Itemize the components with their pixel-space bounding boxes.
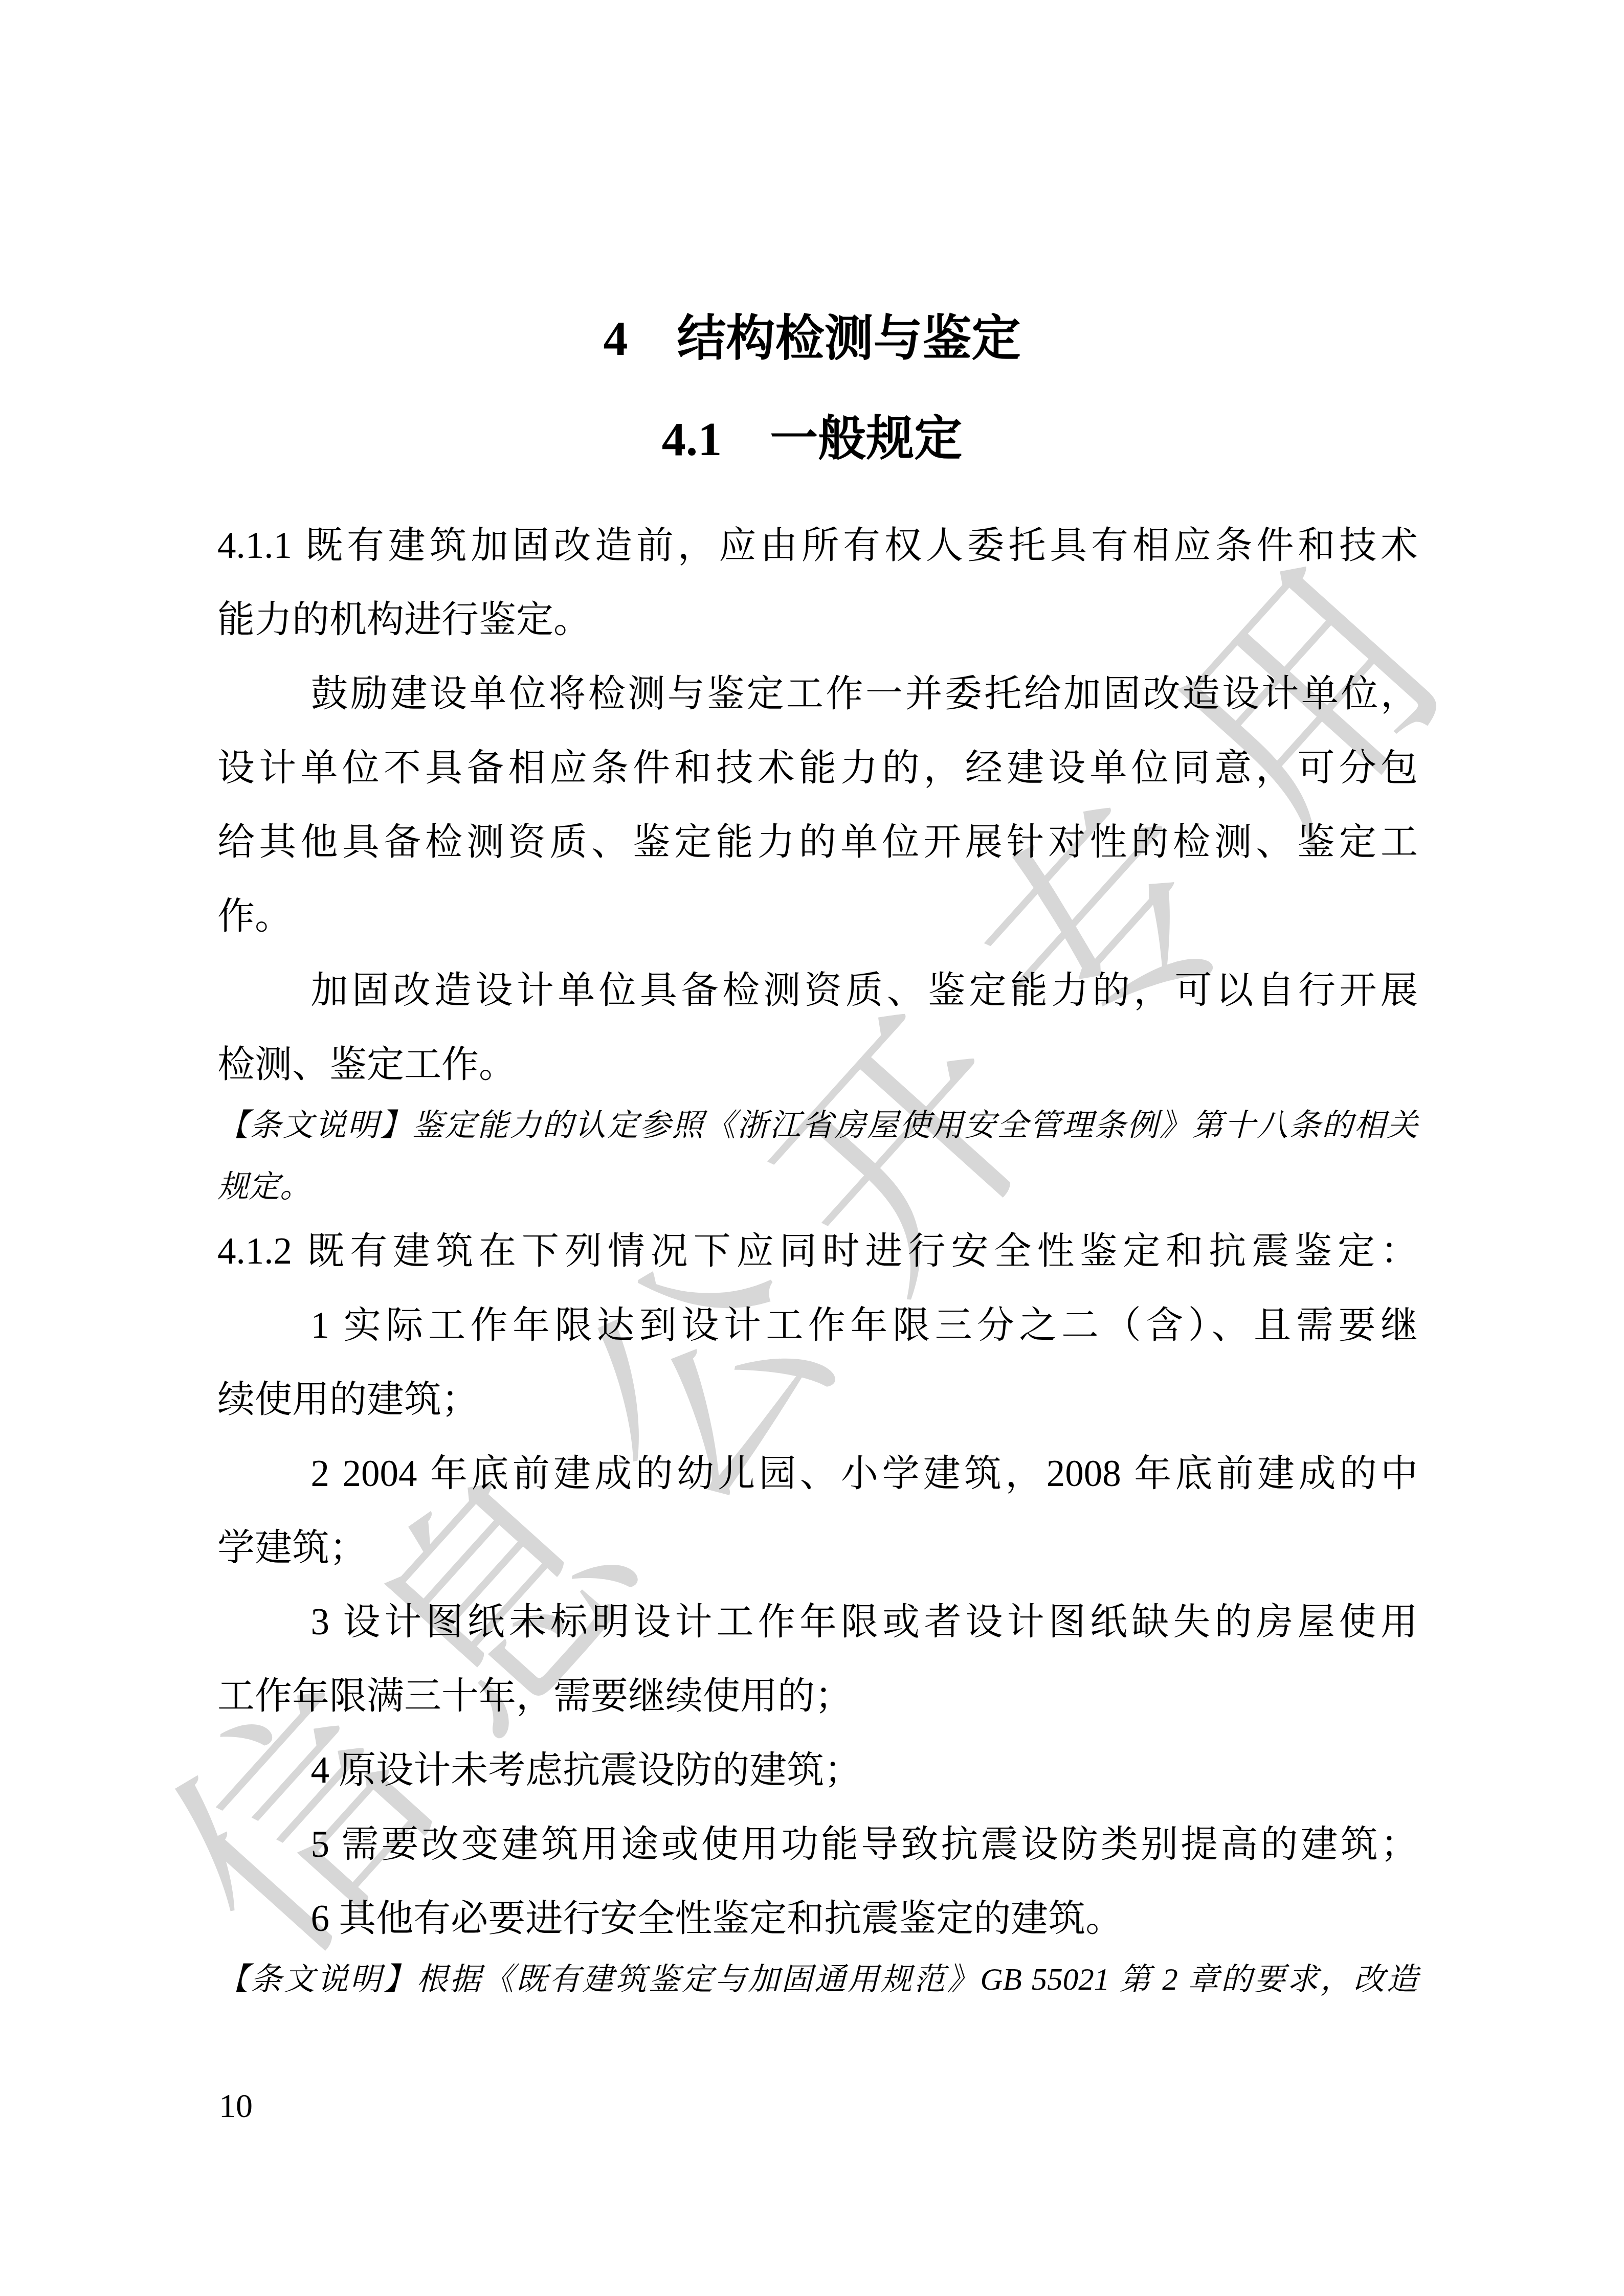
- document-page: 信息公开专用 4 结构检测与鉴定 4.1 一般规定 4.1.1 既有建筑加固改造…: [0, 0, 1624, 2296]
- list-item-3: 3 设计图纸未标明设计工作年限或者设计图纸缺失的房屋使用 工作年限满三十年，需要…: [217, 1585, 1418, 1733]
- note-line: 【条文说明】鉴定能力的认定参照《浙江省房屋使用安全管理条例》第十八条的相关: [217, 1095, 1418, 1157]
- list-item-4: 4 原设计未考虑抗震设防的建筑；: [217, 1733, 1418, 1807]
- body-line: 5 需要改变建筑用途或使用功能导致抗震设防类别提高的建筑；: [217, 1807, 1418, 1881]
- body-line: 6 其他有必要进行安全性鉴定和抗震鉴定的建筑。: [217, 1881, 1418, 1955]
- note-line: 【条文说明】根据《既有建筑鉴定与加固通用规范》GB 55021 第 2 章的要求…: [217, 1949, 1418, 2011]
- paragraph: 鼓励建设单位将检测与鉴定工作一并委托给加固改造设计单位， 设计单位不具备相应条件…: [217, 657, 1418, 953]
- paragraph-4-1-2: 4.1.2 既有建筑在下列情况下应同时进行安全性鉴定和抗震鉴定：: [217, 1214, 1418, 1288]
- body-line: 检测、鉴定工作。: [217, 1027, 1418, 1101]
- body-line: 设计单位不具备相应条件和技术能力的，经建设单位同意，可分包: [217, 731, 1418, 805]
- clause-note: 【条文说明】根据《既有建筑鉴定与加固通用规范》GB 55021 第 2 章的要求…: [217, 1949, 1418, 2011]
- list-item-1: 1 实际工作年限达到设计工作年限三分之二（含）、且需要继 续使用的建筑；: [217, 1288, 1418, 1436]
- paragraph-4-1-1: 4.1.1 既有建筑加固改造前，应由所有权人委托具有相应条件和技术 能力的机构进…: [217, 508, 1418, 657]
- body-line: 工作年限满三十年，需要继续使用的；: [217, 1659, 1418, 1733]
- body-line: 给其他具备检测资质、鉴定能力的单位开展针对性的检测、鉴定工: [217, 805, 1418, 879]
- body-line: 学建筑；: [217, 1511, 1418, 1585]
- clause-note: 【条文说明】鉴定能力的认定参照《浙江省房屋使用安全管理条例》第十八条的相关 规定…: [217, 1095, 1418, 1218]
- body-line: 3 设计图纸未标明设计工作年限或者设计图纸缺失的房屋使用: [217, 1585, 1418, 1659]
- note-line: 规定。: [217, 1157, 1418, 1218]
- body-line: 1 实际工作年限达到设计工作年限三分之二（含）、且需要继: [217, 1288, 1418, 1362]
- paragraph: 加固改造设计单位具备检测资质、鉴定能力的，可以自行开展 检测、鉴定工作。: [217, 953, 1418, 1101]
- body-line: 鼓励建设单位将检测与鉴定工作一并委托给加固改造设计单位，: [217, 657, 1418, 731]
- list-item-5: 5 需要改变建筑用途或使用功能导致抗震设防类别提高的建筑；: [217, 1807, 1418, 1881]
- section-title: 4.1 一般规定: [0, 411, 1624, 467]
- list-item-2: 2 2004 年底前建成的幼儿园、小学建筑，2008 年底前建成的中 学建筑；: [217, 1436, 1418, 1585]
- chapter-title: 4 结构检测与鉴定: [0, 310, 1624, 367]
- body-line: 4.1.1 既有建筑加固改造前，应由所有权人委托具有相应条件和技术: [217, 508, 1418, 582]
- body-line: 2 2004 年底前建成的幼儿园、小学建筑，2008 年底前建成的中: [217, 1436, 1418, 1511]
- list-item-6: 6 其他有必要进行安全性鉴定和抗震鉴定的建筑。: [217, 1881, 1418, 1955]
- body-line: 能力的机构进行鉴定。: [217, 582, 1418, 657]
- body-line: 作。: [217, 879, 1418, 953]
- body-line: 续使用的建筑；: [217, 1362, 1418, 1436]
- body-line: 4 原设计未考虑抗震设防的建筑；: [217, 1733, 1418, 1807]
- body-text: 4.1.1 既有建筑加固改造前，应由所有权人委托具有相应条件和技术 能力的机构进…: [217, 508, 1418, 2007]
- body-line: 加固改造设计单位具备检测资质、鉴定能力的，可以自行开展: [217, 953, 1418, 1027]
- body-line: 4.1.2 既有建筑在下列情况下应同时进行安全性鉴定和抗震鉴定：: [217, 1214, 1418, 1288]
- page-number: 10: [219, 2086, 253, 2126]
